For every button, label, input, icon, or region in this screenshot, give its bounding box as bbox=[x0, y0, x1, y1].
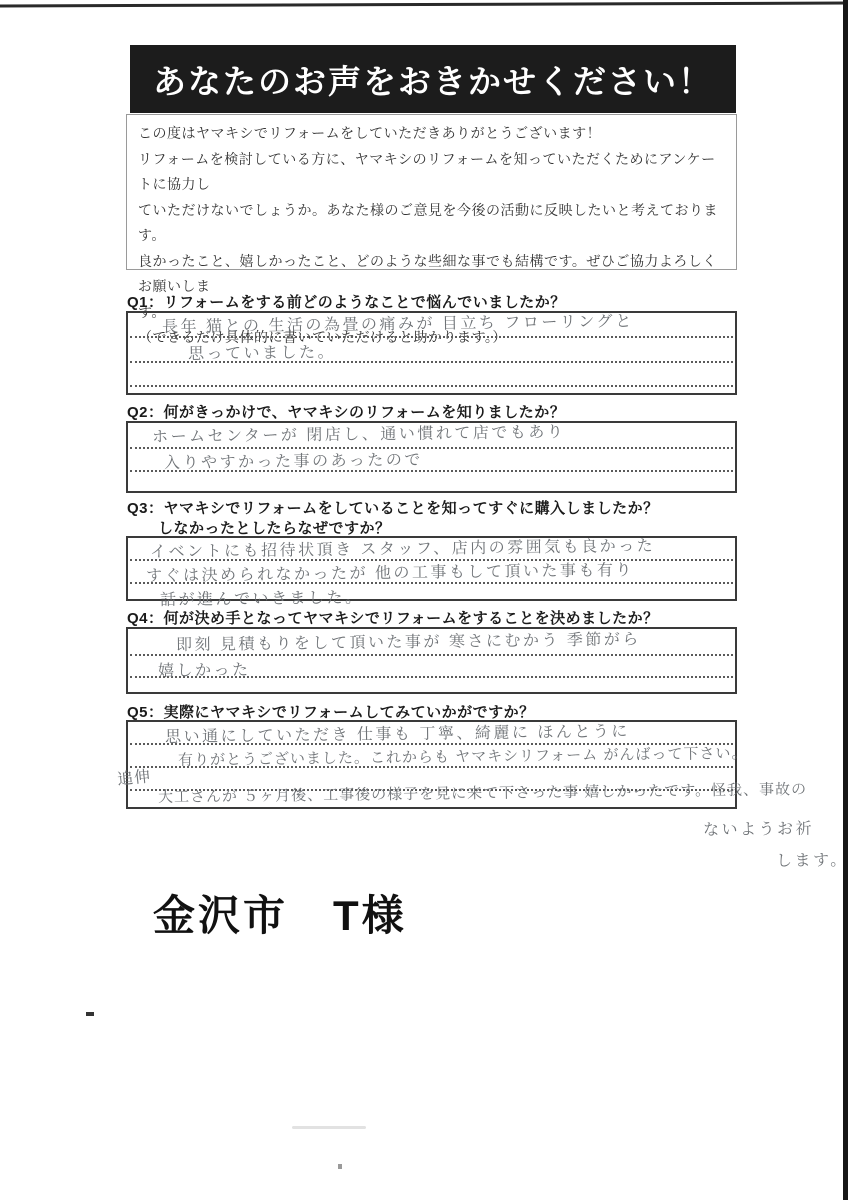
handwriting-q1-line2: 思っていました。 bbox=[188, 339, 336, 364]
ruled-line bbox=[130, 336, 733, 338]
scan-dot bbox=[338, 1164, 342, 1169]
scan-smudge bbox=[292, 1126, 366, 1129]
intro-box: この度はヤマキシでリフォームをしていただきありがとうございます！ リフォームを検… bbox=[126, 114, 737, 270]
signature-customer: 金沢市 T様 bbox=[153, 883, 407, 943]
question-label-q5: Q5：実際にヤマキシでリフォームしてみていかがですか？ bbox=[127, 701, 535, 722]
handwriting-overflow-line1: ないようお祈 bbox=[703, 816, 814, 840]
postscript-marker: 追伸 bbox=[116, 763, 152, 789]
scan-edge-top-line bbox=[0, 2, 848, 8]
handwriting-q3-line3: 話が進んでいきました。 bbox=[160, 585, 364, 610]
question-label-q3: Q3：ヤマキシでリフォームをしていることを知ってすぐに購入しましたか？ bbox=[127, 497, 659, 518]
ruled-line bbox=[130, 385, 733, 387]
handwriting-overflow-line2: します。 bbox=[776, 847, 848, 871]
question-label-q4: Q4：何が決め手となってヤマキシでリフォームをすることを決めましたか？ bbox=[127, 607, 659, 628]
banner: あなたのお声をおきかせください！ bbox=[130, 45, 736, 113]
question-label-q3-line2: しなかったとしたらなぜですか？ bbox=[158, 517, 391, 538]
scan-edge-right-line bbox=[843, 0, 848, 1200]
handwriting-q2-line2: 入りやすかった事のあったので bbox=[164, 447, 423, 473]
banner-title: あなたのお声をおきかせください！ bbox=[153, 56, 713, 103]
handwriting-q4-line2: 嬉しかった bbox=[158, 657, 251, 681]
scanned-survey-page: { "document": { "banner_title": "あなたのお声を… bbox=[0, 0, 848, 1200]
pencil-dash-mark bbox=[86, 1012, 94, 1016]
question-label-q1: Q1：リフォームをする前どのようなことで悩んでいましたか？ bbox=[127, 291, 566, 312]
